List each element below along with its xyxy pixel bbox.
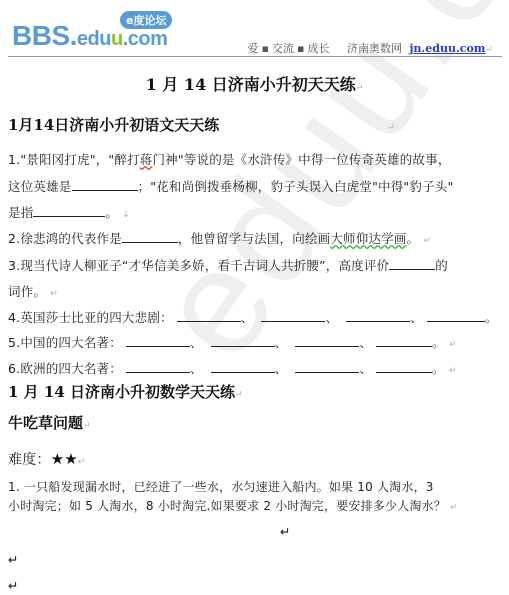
site-logo[interactable]: e度论坛 BBS.eduu.com xyxy=(12,10,182,50)
end-mark: 。 xyxy=(485,310,498,325)
list-separator: 、 xyxy=(275,361,288,376)
answer-blank[interactable] xyxy=(211,360,275,373)
q2-text: ，他曾留学与法国，向绘画 xyxy=(178,231,330,246)
spellcheck-word: 蒋 xyxy=(140,152,153,167)
q2-text: 2.徐悲鸿的代表作是 xyxy=(8,231,122,246)
paragraph-mark: ↵ xyxy=(423,236,431,246)
header-tagline: 爱▪交流▪成长 济南奥数网 jn.eduu.com↵ xyxy=(248,40,493,56)
answer-blank[interactable] xyxy=(33,204,105,217)
paragraph-mark: ↵ xyxy=(78,457,86,467)
q1-text: 是指 xyxy=(8,205,33,220)
logo-text: BBS.eduu.com xyxy=(12,20,167,52)
answer-blank[interactable] xyxy=(72,178,138,191)
list-separator: 、 xyxy=(410,310,423,325)
paragraph-mark: ↵ xyxy=(235,390,243,400)
header-divider xyxy=(8,56,502,57)
paragraph-mark: ↵ xyxy=(83,421,91,431)
subheading-text: 牛吃草问题 xyxy=(8,414,83,432)
q3-text: 的 xyxy=(435,258,448,273)
answer-blank[interactable] xyxy=(389,257,435,270)
answer-blank[interactable] xyxy=(126,334,190,347)
list-separator: 、 xyxy=(325,310,338,325)
logo-domain-com: .com xyxy=(123,28,168,50)
difficulty-rating: 难度：★★↵ xyxy=(8,449,86,469)
list-separator: 、 xyxy=(359,361,372,376)
q4-text: 4.英国莎士比亚的四大悲剧： xyxy=(8,310,173,325)
question-3-line-2: 词作。 ↵ xyxy=(8,282,58,300)
list-separator: 、 xyxy=(190,361,203,376)
question-5: 5.中国的四大名著：、、、。 ↵ xyxy=(8,333,457,351)
answer-blank[interactable] xyxy=(126,360,190,373)
question-3-line-1: 3.现当代诗人柳亚子“才华信美多娇，看千古词人共折腰”，高度评价的 xyxy=(8,256,448,274)
end-mark: 。 xyxy=(432,335,445,350)
problem-text: 1. 一只船发现漏水时，已经进了一些水，水匀速进入船内。如果 10 人淘水，3 xyxy=(8,480,434,494)
math-problem-type: 牛吃草问题↵ xyxy=(8,412,91,433)
question-1-line-2: 这位英雄是；"花和尚倒拨垂杨柳，豹子头误入白虎堂"中得"豹子头" xyxy=(8,177,453,195)
answer-blank[interactable] xyxy=(177,309,241,322)
tagline-exchange: 交流 xyxy=(272,42,294,55)
title-text: 1 月 14 日济南小升初天天练 xyxy=(146,75,356,94)
site-name: 济南奥数网 xyxy=(347,42,402,55)
answer-blank[interactable] xyxy=(376,334,432,347)
q2-text: 。 xyxy=(407,231,420,246)
heading-text: 1月14日济南小升初语文天天练 xyxy=(8,116,219,134)
answer-blank[interactable] xyxy=(376,360,432,373)
page-header: e度论坛 BBS.eduu.com 爱▪交流▪成长 济南奥数网 jn.eduu.… xyxy=(0,0,509,60)
difficulty-label: 难度： xyxy=(8,452,51,468)
logo-domain-u: u xyxy=(111,28,123,50)
star-icon: ★★ xyxy=(51,450,78,468)
empty-paragraph: ↵ xyxy=(280,524,291,539)
chinese-section-heading: 1月14日济南小升初语文天天练↵ xyxy=(8,114,395,135)
math-problem-line-1: 1. 一只船发现漏水时，已经进了一些水，水匀速进入船内。如果 10 人淘水，3 xyxy=(8,478,434,495)
paragraph-mark: ↵ xyxy=(449,366,457,376)
line-break-mark: ↓ xyxy=(122,210,130,220)
document-title: 1 月 14 日济南小升初天天练↵ xyxy=(0,72,509,95)
question-4: 4.英国莎士比亚的四大悲剧：、、、。 xyxy=(8,308,498,326)
logo-domain: eduu.com xyxy=(77,28,167,50)
question-1-line-1: 1."景阳冈打虎"，"醉打蒋门神"等说的是《水浒传》中得一位传奇英雄的故事， xyxy=(8,150,451,168)
answer-blank[interactable] xyxy=(122,230,178,243)
tagline-grow: 成长 xyxy=(307,42,329,55)
list-separator: 、 xyxy=(190,335,203,350)
q1-text: ；"花和尚倒拨垂杨柳，豹子头误入白虎堂"中得"豹子头" xyxy=(138,179,454,194)
q1-text: 这位英雄是 xyxy=(8,179,72,194)
list-separator: 、 xyxy=(241,310,254,325)
question-6: 6.欧洲的四大名著：、、、。 ↵ xyxy=(8,359,457,377)
q1-text: 门神"等说的是《水浒传》中得一位传奇英雄的故事， xyxy=(152,152,450,167)
answer-blank[interactable] xyxy=(261,309,325,322)
problem-text: 小时淘完；如 5 人淘水，8 小时淘完.如果要求 2 小时淘完，要安排多少人淘水… xyxy=(8,499,446,513)
empty-paragraph: ↵ xyxy=(8,578,19,593)
q3-text: 3.现当代诗人柳亚子“才华信美多娇，看千古词人共折腰”，高度评价 xyxy=(8,258,389,273)
math-problem-line-2: 小时淘完；如 5 人淘水，8 小时淘完.如果要求 2 小时淘完，要安排多少人淘水… xyxy=(8,497,458,514)
answer-blank[interactable] xyxy=(427,309,485,322)
tagline-separator: ▪ xyxy=(262,42,269,55)
empty-paragraph: ↵ xyxy=(8,552,19,567)
grammar-flag: 大师仰达学画 xyxy=(330,231,406,246)
q6-text: 6.欧洲的四大名著： xyxy=(8,361,122,376)
site-link[interactable]: jn.eduu.com xyxy=(409,42,485,55)
q3-text: 词作。 xyxy=(8,284,46,299)
question-1-line-3: 是指。 ↓ xyxy=(8,203,130,221)
tagline-separator: ▪ xyxy=(297,42,304,55)
math-section-heading: 1 月 14 日济南小升初数学天天练↵ xyxy=(8,381,243,402)
answer-blank[interactable] xyxy=(295,334,359,347)
paragraph-mark: ↵ xyxy=(356,83,364,93)
list-separator: 、 xyxy=(275,335,288,350)
question-2: 2.徐悲鸿的代表作是，他曾留学与法国，向绘画大师仰达学画。 ↵ xyxy=(8,229,431,247)
paragraph-mark: ↵ xyxy=(485,45,493,55)
paragraph-mark: ↵ xyxy=(387,123,395,133)
q1-text: 。 xyxy=(105,205,118,220)
heading-text: 1 月 14 日济南小升初数学天天练 xyxy=(8,383,235,401)
tagline-love: 爱 xyxy=(248,42,259,55)
answer-blank[interactable] xyxy=(295,360,359,373)
paragraph-mark: ↵ xyxy=(450,503,458,513)
answer-blank[interactable] xyxy=(211,334,275,347)
list-separator: 、 xyxy=(359,335,372,350)
answer-blank[interactable] xyxy=(346,309,410,322)
paragraph-mark: ↵ xyxy=(50,289,58,299)
logo-domain-edu: edu xyxy=(77,28,111,50)
q1-text: 1."景阳冈打虎"，"醉打 xyxy=(8,152,140,167)
paragraph-mark: ↵ xyxy=(449,340,457,350)
q5-text: 5.中国的四大名著： xyxy=(8,335,122,350)
end-mark: 。 xyxy=(432,361,445,376)
logo-bbs: BBS. xyxy=(12,20,77,51)
